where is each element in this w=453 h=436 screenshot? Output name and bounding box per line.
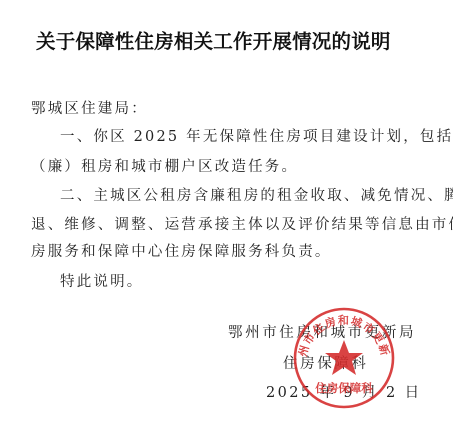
paragraph-2-line-3: 房服务和保障中心住房保障服务科负责。 bbox=[31, 240, 332, 261]
official-seal: 鄂州市住房和城市更新局 住房保障科 bbox=[292, 306, 396, 410]
star-icon bbox=[325, 340, 363, 375]
salutation: 鄂城区住建局： bbox=[31, 97, 148, 118]
document-title: 关于保障性住房相关工作开展情况的说明 bbox=[36, 26, 391, 54]
paragraph-2-line-1: 二、主城区公租房含廉租房的租金收取、减免情况、腾 bbox=[60, 184, 453, 205]
paragraph-2-line-2: 退、维修、调整、运营承接主体以及评价结果等信息由市住 bbox=[31, 213, 453, 234]
paragraph-1-line-2: （廉）租房和城市棚户区改造任务。 bbox=[31, 155, 298, 176]
closing-remark: 特此说明。 bbox=[60, 270, 144, 291]
paragraph-1-line-1: 一、你区 2025 年无保障性住房项目建设计划，包括公 bbox=[60, 125, 453, 146]
seal-inner-text: 住房保障科 bbox=[315, 381, 373, 395]
